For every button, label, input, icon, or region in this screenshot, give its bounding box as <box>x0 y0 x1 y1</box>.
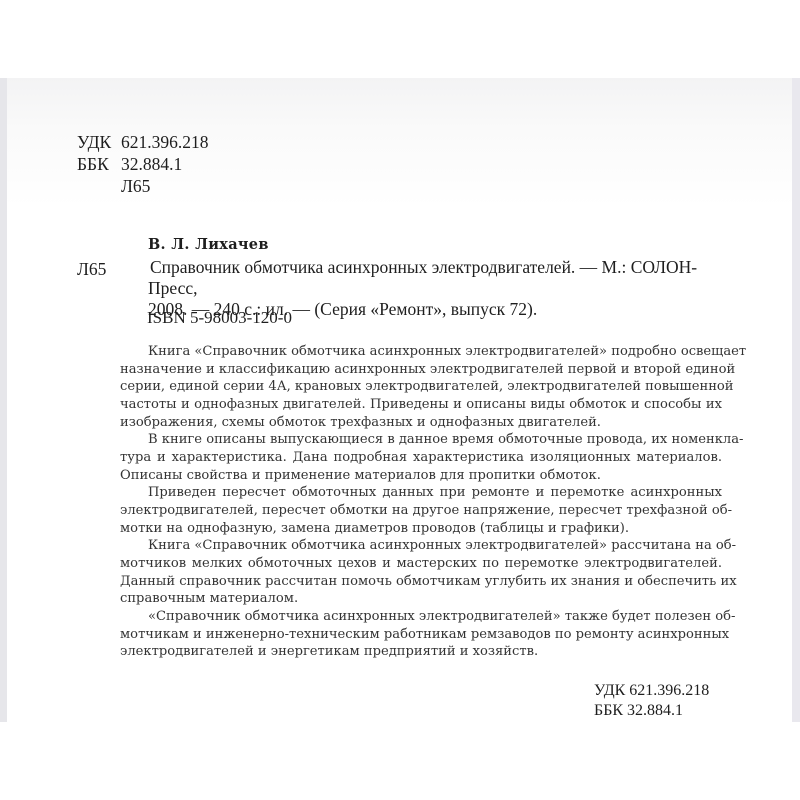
annotation-paragraph: Приведен пересчет обмоточных данных при … <box>120 484 722 537</box>
udk-label: УДК <box>77 131 121 153</box>
annotation-line: Описаны свойства и применение материалов… <box>120 467 722 485</box>
annotation-paragraph: Книга «Справочник обмотчика асинхронных … <box>120 537 722 608</box>
page-edge-left <box>0 78 7 722</box>
udk-value: 621.396.218 <box>121 131 209 153</box>
annotation-line: электродвигателей, пересчет обмотки на д… <box>120 502 722 520</box>
author-mark-code: Л65 <box>77 175 209 197</box>
annotation-line: Приведен пересчет обмоточных данных при … <box>120 484 722 502</box>
footer-codes: УДК 621.396.218 ББК 32.884.1 <box>594 681 709 721</box>
annotation-line: Книга «Справочник обмотчика асинхронных … <box>120 343 722 361</box>
annotation-line: частоты и однофазных двигателей. Приведе… <box>120 396 722 414</box>
annotation-line: справочным материалом. <box>120 590 722 608</box>
footer-bbk: ББК 32.884.1 <box>594 701 709 721</box>
annotation: Книга «Справочник обмотчика асинхронных … <box>120 343 722 661</box>
footer-udk: УДК 621.396.218 <box>594 681 709 701</box>
annotation-paragraph: Книга «Справочник обмотчика асинхронных … <box>120 343 722 431</box>
annotation-line: мотки на однофазную, замена диаметров пр… <box>120 520 722 538</box>
annotation-line: Книга «Справочник обмотчика асинхронных … <box>120 537 722 555</box>
annotation-line: назначение и классификацию асинхронных э… <box>120 361 722 379</box>
annotation-line: В книге описаны выпускающиеся в данное в… <box>120 431 722 449</box>
bbk-label: ББК <box>77 153 121 175</box>
author-name: В. Л. Лихачев <box>148 236 269 253</box>
biblio-line-1: Справочник обмотчика асинхронных электро… <box>148 257 697 298</box>
udk-row: УДК 621.396.218 <box>77 131 209 153</box>
isbn: ISBN 5-98003-120-0 <box>147 308 292 328</box>
annotation-line: мотчиков мелких обмоточных цехов и масте… <box>120 555 722 573</box>
annotation-line: тура и характеристика. Дана подробная ха… <box>120 449 722 467</box>
bbk-value: 32.884.1 <box>121 153 182 175</box>
classification-codes: УДК 621.396.218 ББК 32.884.1 Л65 <box>77 131 209 197</box>
author-mark: Л65 <box>77 259 106 280</box>
page-edge-right <box>792 78 800 722</box>
annotation-line: изображения, схемы обмоток трехфазных и … <box>120 414 722 432</box>
annotation-paragraph: В книге описаны выпускающиеся в данное в… <box>120 431 722 484</box>
annotation-line: «Справочник обмотчика асинхронных электр… <box>120 608 722 626</box>
annotation-line: электродвигателей и энергетикам предприя… <box>120 643 722 661</box>
annotation-line: мотчикам и инженерно-техническим работни… <box>120 626 722 644</box>
annotation-line: серии, единой серии 4А, крановых электро… <box>120 378 722 396</box>
annotation-paragraph: «Справочник обмотчика асинхронных электр… <box>120 608 722 661</box>
bbk-row: ББК 32.884.1 <box>77 153 209 175</box>
annotation-line: Данный справочник рассчитан помочь обмот… <box>120 573 722 591</box>
